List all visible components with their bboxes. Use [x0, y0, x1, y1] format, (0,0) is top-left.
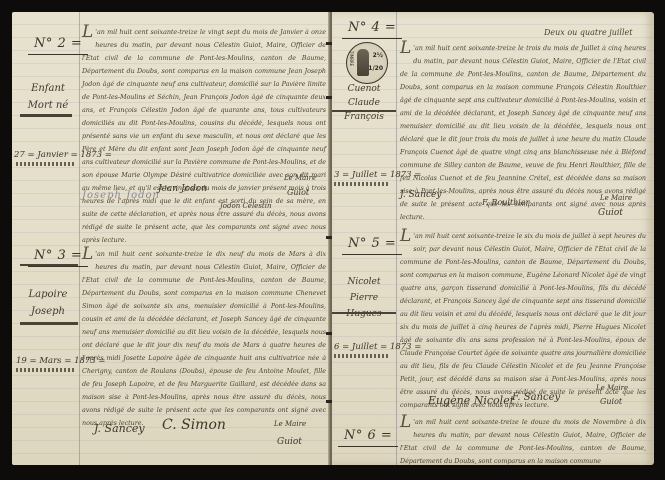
mayor-label: Le Maire [600, 194, 632, 202]
stamp-value: 2½ [373, 52, 383, 59]
entry-body: L'an mil huit cent soixante-treize le si… [400, 230, 646, 390]
allegorical-figure [357, 49, 369, 76]
signature: Joseph Jodon [82, 190, 160, 201]
entry-number: N° 4 = [348, 20, 396, 35]
flourish-rule [16, 368, 76, 372]
drop-cap: L [82, 246, 93, 262]
entry-number: N° 2 = [34, 36, 82, 51]
signature: Eugène Nicolet [428, 394, 514, 407]
subject-name-line2: Joseph [18, 303, 78, 320]
drop-cap: L [82, 24, 93, 40]
subject-name-line1: Cuenot [332, 82, 396, 96]
entry-text: 'an mil huit cent soixante-treize le vin… [82, 28, 326, 244]
margin-subject-name: Nicolet Pierre Hugues [332, 274, 396, 322]
flourish-rule [16, 162, 76, 166]
right-page: N° 4 = TIMBRE 2½ 1/20 Cuenot Claude Fran… [332, 12, 654, 465]
mayor-signature: Guiot [598, 208, 623, 218]
annotation-note: Deux ou quatre juillet [544, 28, 632, 37]
mayor-signature: Guiot [287, 188, 309, 197]
entry-number: N° 3 = [34, 248, 82, 263]
entry-body: L'an mil huit cent soixante-treize le tr… [400, 42, 646, 182]
entry-number: N° 5 = [348, 236, 396, 251]
entry-body: L'an mil huit cent soixante-treize le di… [82, 248, 326, 412]
signature: F. Sancey [512, 392, 560, 403]
drop-cap: L [400, 228, 411, 244]
left-page: N° 2 = Enfant Mort né 27 = Janvier = 187… [12, 12, 330, 465]
entry-number: N° 6 = [344, 428, 392, 443]
mayor-signature: Guiot [277, 437, 302, 447]
entry-body: L'an mil huit cent soixante-treize le vi… [82, 26, 326, 174]
entry-text: 'an mil huit cent soixante-treize le six… [400, 232, 646, 409]
mayor-signature: Guiot [600, 397, 622, 406]
stamp-value: 1/20 [368, 65, 383, 72]
drop-cap: L [400, 40, 411, 56]
divider-rule [332, 110, 396, 112]
divider-rule [20, 264, 78, 266]
signature: F. Roulthier [482, 198, 529, 207]
divider-rule [332, 312, 396, 314]
subject-name-line1: Nicolet [332, 274, 396, 290]
subject-name-line1: Enfant [18, 80, 78, 97]
entry-text: 'an mil huit cent soixante-treize le dix… [82, 250, 326, 427]
signature: J. Sancey [400, 190, 441, 200]
entry-text: 'an mil huit cent soixante-treize le dou… [400, 418, 646, 465]
signature: J. Sancey [94, 422, 145, 435]
flourish-rule [334, 354, 390, 358]
signature: Jean Jodon [158, 184, 207, 194]
margin-subject-name: Lapoire Joseph [18, 286, 78, 320]
drop-cap: L [400, 414, 411, 430]
divider-rule [20, 322, 78, 325]
mayor-label: Le Maire [274, 420, 306, 428]
fiscal-stamp-icon: TIMBRE 2½ 1/20 [346, 42, 388, 84]
signature: Jodon Célestin [220, 202, 271, 210]
margin-subject-name: Cuenot Claude François [332, 82, 396, 124]
subject-name-line1: Lapoire [18, 286, 78, 303]
mayor-label: Le Maire [284, 174, 316, 182]
flourish-rule [334, 182, 390, 186]
divider-rule [20, 114, 72, 117]
entry-body: L'an mil huit cent soixante-treize le do… [400, 416, 646, 464]
mayor-label: Le Maire [596, 384, 628, 392]
stamp-ring-text: TIMBRE [349, 51, 354, 66]
signature: C. Simon [162, 417, 226, 433]
margin-rule [79, 12, 80, 465]
margin-subject-name: Enfant Mort né [18, 80, 78, 114]
subject-name-line2: Mort né [18, 97, 78, 114]
subject-name-line2: Pierre Hugues [332, 290, 396, 322]
